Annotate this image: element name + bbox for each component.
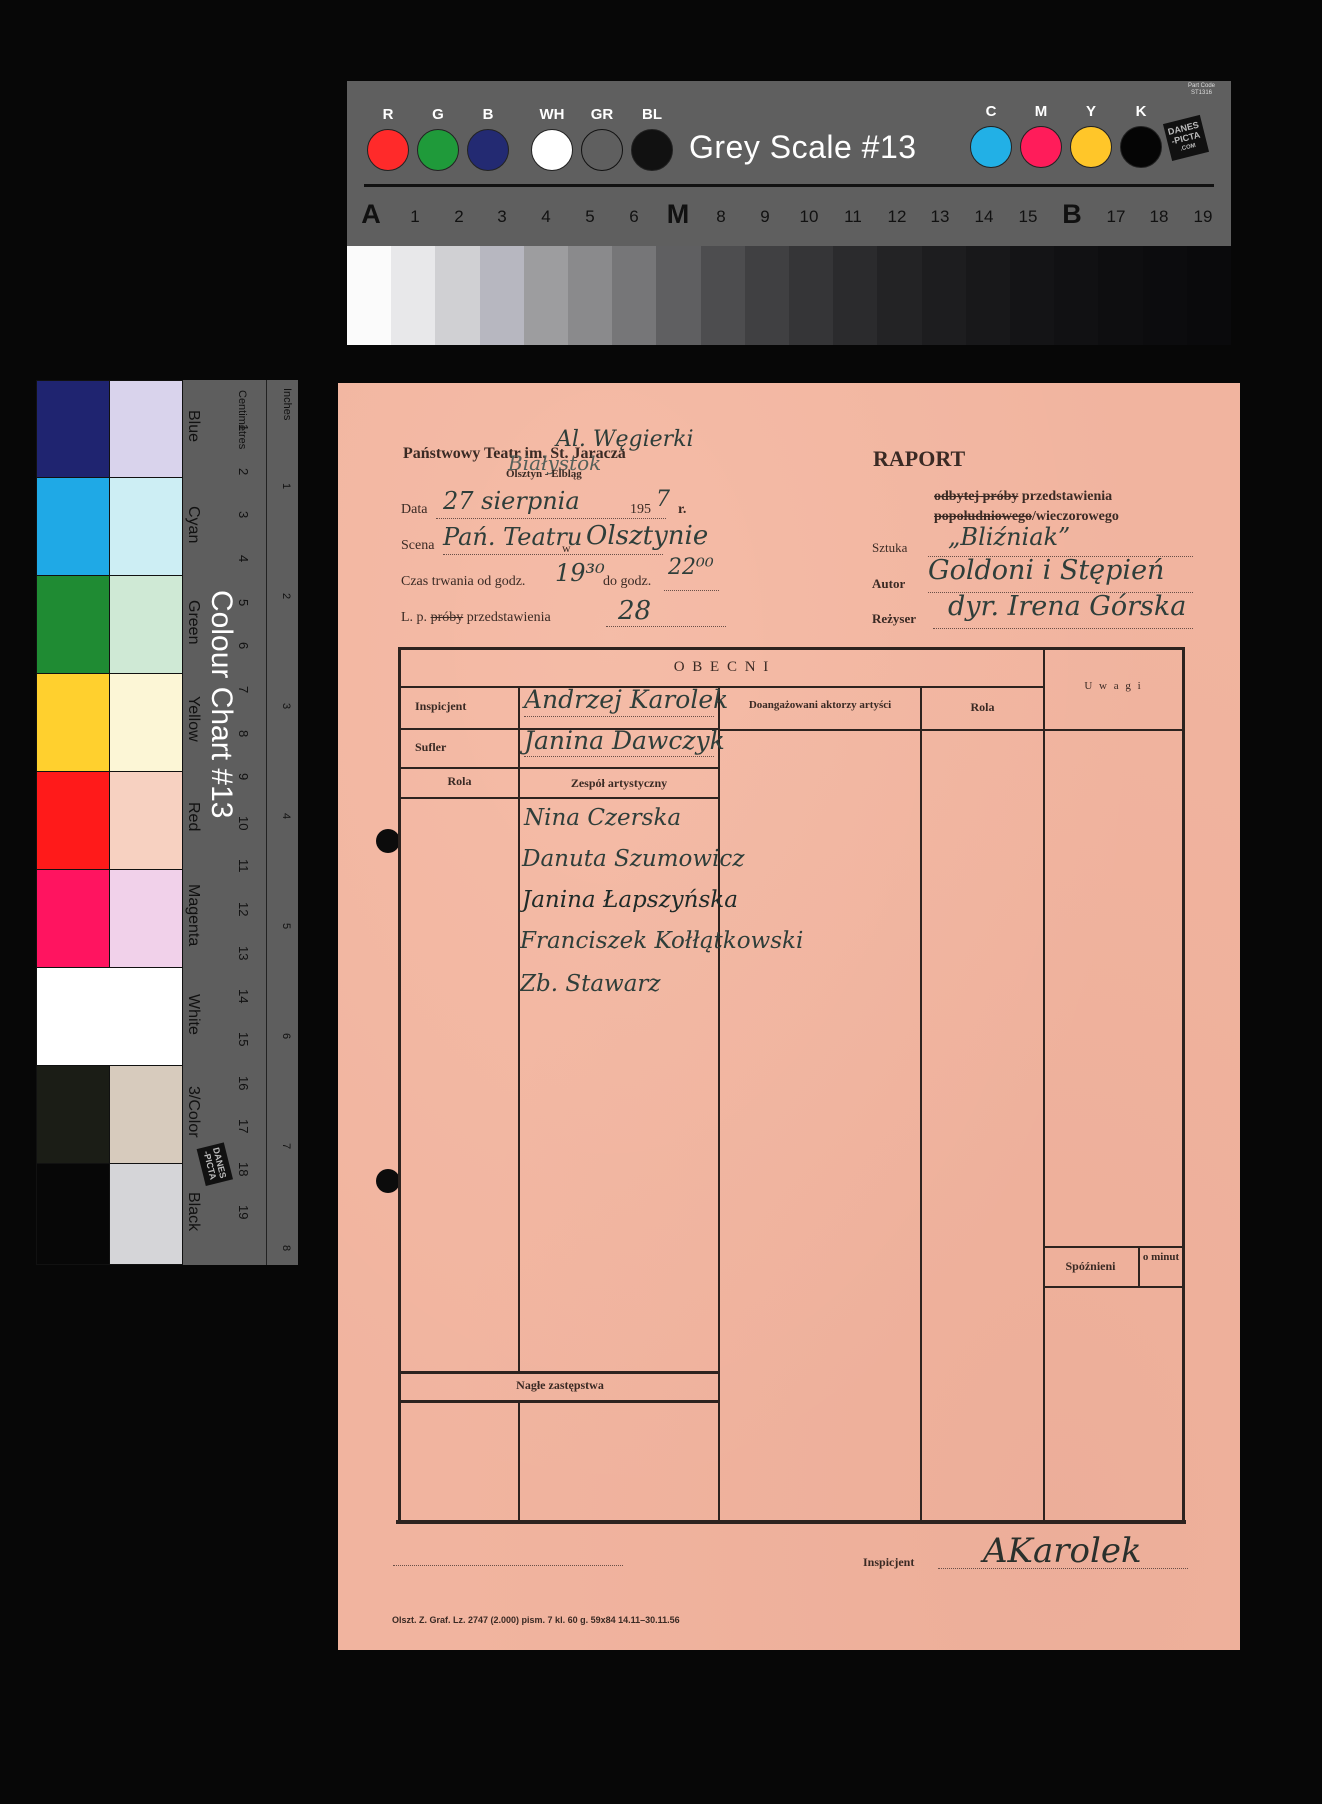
patch-label: 11 bbox=[833, 207, 873, 227]
struck-afternoon: popołudniowego bbox=[934, 509, 1032, 524]
inch-tick: 6 bbox=[280, 1033, 292, 1039]
present-header: O B E C N I bbox=[401, 659, 1043, 676]
swatch-name: Yellow bbox=[184, 696, 202, 742]
black-dot bbox=[631, 129, 673, 171]
light-cyan-swatch bbox=[109, 477, 183, 576]
left-signature-dotted bbox=[393, 1565, 623, 1566]
inches-label: Inches bbox=[281, 388, 293, 420]
yellow-swatch bbox=[36, 673, 110, 772]
dot-label-y: Y bbox=[1069, 103, 1113, 120]
patch-label: 4 bbox=[526, 207, 566, 227]
performance-word: przedstawienia bbox=[1022, 489, 1112, 504]
late-bottom-line bbox=[1043, 1286, 1183, 1288]
patch-label: 15 bbox=[1008, 207, 1048, 227]
stage-manager-value: Andrzej Karolek bbox=[524, 685, 728, 714]
swatch-name: Green bbox=[184, 600, 202, 644]
blue-dot bbox=[467, 129, 509, 171]
part-code: Part Code ST1316 bbox=[1188, 83, 1215, 97]
date-value: 27 sierpnia bbox=[443, 487, 580, 515]
report-form: Państwowy Teatr im. St. Jaracza Al. Węgi… bbox=[338, 383, 1240, 1650]
swatch-name: Blue bbox=[184, 410, 202, 442]
inch-tick: 3 bbox=[280, 703, 292, 709]
late-top-line bbox=[1043, 1246, 1183, 1248]
duration-from: 19³⁰ bbox=[555, 559, 605, 587]
green-swatch bbox=[36, 575, 110, 674]
colour-chart-card: Blue Cyan Green Yellow Red Magenta White… bbox=[36, 380, 298, 1265]
light-black-swatch bbox=[109, 1163, 183, 1265]
patch-label: 9 bbox=[745, 207, 785, 227]
patch-label: 8 bbox=[701, 207, 741, 227]
replacements-header-line bbox=[401, 1400, 719, 1403]
patch-label: 1 bbox=[395, 207, 435, 227]
patch-label: 6 bbox=[614, 207, 654, 227]
black-swatch bbox=[36, 1163, 110, 1265]
patch-label: 17 bbox=[1096, 207, 1136, 227]
director-value: dyr. Irena Górska bbox=[948, 591, 1186, 622]
red-dot bbox=[367, 129, 409, 171]
printer-imprint: Olszt. Z. Graf. Lz. 2747 (2.000) pism. 7… bbox=[392, 1615, 680, 1625]
divider-rule bbox=[364, 184, 1214, 187]
year-value: 7 bbox=[656, 487, 670, 512]
punch-hole-bottom bbox=[376, 1169, 400, 1193]
light-three-color-swatch bbox=[109, 1065, 183, 1164]
ensemble-member: Danuta Szumowicz bbox=[522, 846, 744, 872]
year-prefix: 195 bbox=[630, 502, 651, 518]
ensemble-label: Zespół artystyczny bbox=[520, 776, 718, 791]
dot-label-wh: WH bbox=[530, 106, 574, 123]
cm-tick: 7 bbox=[236, 686, 251, 693]
swatch-name: 3/Color bbox=[184, 1086, 202, 1138]
patch-label: 13 bbox=[920, 207, 960, 227]
replacements-top-line bbox=[401, 1371, 719, 1374]
dot-label-gr: GR bbox=[580, 106, 624, 123]
signature-value: AKarolek bbox=[983, 1531, 1142, 1571]
prompter-value: Janina Dawczyk bbox=[524, 726, 725, 755]
number-label-struck: próby bbox=[431, 610, 464, 625]
replacements-column-divider bbox=[518, 1401, 520, 1521]
blue-swatch bbox=[36, 380, 110, 478]
number-value: 28 bbox=[618, 596, 651, 626]
swatch-name: White bbox=[184, 994, 202, 1035]
patch-label: B bbox=[1052, 199, 1092, 230]
number-label-suffix: przedstawienia bbox=[467, 610, 551, 625]
cm-tick: 4 bbox=[236, 555, 251, 562]
ensemble-member: Nina Czerska bbox=[524, 805, 681, 831]
year-suffix: r. bbox=[678, 502, 686, 518]
dot-label-b: B bbox=[466, 106, 510, 123]
dot-label-k: K bbox=[1119, 103, 1163, 120]
prompter-label: Sufler bbox=[401, 740, 532, 755]
cyan-swatch bbox=[36, 477, 110, 576]
grey-scale-card: Part Code ST1316 R G B WH GR BL C M Y K … bbox=[347, 81, 1231, 345]
signature-label: Inspicjent bbox=[863, 1555, 914, 1570]
green-dot bbox=[417, 129, 459, 171]
white-dot bbox=[531, 129, 573, 171]
punch-hole-top bbox=[376, 829, 400, 853]
grey-scale-title: Grey Scale #13 bbox=[689, 129, 917, 166]
director-dotted-line bbox=[933, 628, 1193, 629]
duration-dotted-line bbox=[664, 590, 719, 591]
colour-chart-title: Colour Chart #13 bbox=[204, 590, 238, 818]
swatch-name: Red bbox=[184, 802, 202, 831]
light-magenta-swatch bbox=[109, 869, 183, 968]
cm-tick: 8 bbox=[236, 730, 251, 737]
three-color-swatch bbox=[36, 1065, 110, 1164]
magenta-swatch bbox=[36, 869, 110, 968]
number-label: L. p. próby przedstawienia bbox=[401, 610, 551, 626]
date-dotted-line bbox=[436, 518, 666, 519]
cyan-dot bbox=[970, 126, 1012, 168]
white-swatch bbox=[36, 967, 183, 1066]
dot-label-bl: BL bbox=[630, 106, 674, 123]
patch-label: 18 bbox=[1139, 207, 1179, 227]
cm-tick: 19 bbox=[236, 1205, 251, 1219]
ensemble-member: Zb. Stawarz bbox=[520, 971, 661, 997]
scene-city: Olsztynie bbox=[586, 521, 708, 551]
table-border-bottom bbox=[396, 1520, 1186, 1524]
inch-tick: 1 bbox=[280, 483, 292, 489]
late-minutes-label: o minut bbox=[1140, 1251, 1182, 1263]
cm-tick: 1 bbox=[236, 424, 251, 431]
inch-tick: 2 bbox=[280, 593, 292, 599]
patch-label: 19 bbox=[1183, 207, 1223, 227]
scene-dotted-line bbox=[443, 554, 663, 555]
danes-picta-logo: DANES-PICTA.COM bbox=[1163, 115, 1209, 161]
cm-tick: 14 bbox=[236, 989, 251, 1003]
patch-label: 3 bbox=[482, 207, 522, 227]
city-subtitle: Olsztyn - Elbląg bbox=[506, 468, 582, 480]
ensemble-member: Janina Łapszyńska bbox=[522, 887, 738, 913]
duration-to-label: do godz. bbox=[603, 574, 651, 590]
duration-to: 22⁰⁰ bbox=[668, 555, 714, 580]
magenta-dot bbox=[1020, 126, 1062, 168]
cm-tick: 2 bbox=[236, 468, 251, 475]
key-black-dot bbox=[1120, 126, 1162, 168]
prompter-dotted bbox=[524, 756, 714, 757]
light-yellow-swatch bbox=[109, 673, 183, 772]
patch-label: M bbox=[658, 199, 698, 230]
table-border-right bbox=[1182, 647, 1185, 1523]
cm-tick: 10 bbox=[236, 816, 251, 830]
play-value: „Bliźniak” bbox=[948, 523, 1070, 551]
dot-label-m: M bbox=[1019, 103, 1063, 120]
patch-label: 10 bbox=[789, 207, 829, 227]
danes-picta-logo: DANES-PICTA bbox=[197, 1142, 233, 1185]
red-swatch bbox=[36, 771, 110, 870]
patch-label: 5 bbox=[570, 207, 610, 227]
number-label-prefix: L. p. bbox=[401, 610, 427, 625]
inch-tick: 8 bbox=[280, 1245, 292, 1251]
cm-tick: 16 bbox=[236, 1076, 251, 1090]
cm-tick: 3 bbox=[236, 511, 251, 518]
cm-tick: 6 bbox=[236, 642, 251, 649]
table-border-top bbox=[400, 647, 1185, 650]
inch-tick: 4 bbox=[280, 813, 292, 819]
cm-tick: 12 bbox=[236, 902, 251, 916]
remarks-column-divider bbox=[1043, 647, 1045, 1522]
author-label: Autor bbox=[872, 576, 905, 592]
role-header-line bbox=[401, 797, 719, 799]
swatch-name: Black bbox=[184, 1192, 202, 1231]
patch-label: 12 bbox=[877, 207, 917, 227]
stage-manager-dotted bbox=[524, 716, 714, 717]
swatch-name: Cyan bbox=[184, 506, 202, 543]
cm-tick: 11 bbox=[236, 859, 251, 873]
cm-tick: 9 bbox=[236, 773, 251, 780]
light-green-swatch bbox=[109, 575, 183, 674]
report-title: RAPORT bbox=[873, 446, 965, 472]
patch-label: A bbox=[351, 199, 391, 230]
swatch-name: Magenta bbox=[184, 884, 202, 946]
institution-handwritten-correction: Al. Węgierki bbox=[556, 427, 694, 452]
cm-tick: 17 bbox=[236, 1119, 251, 1133]
dot-label-g: G bbox=[416, 106, 460, 123]
director-label: Reżyser bbox=[872, 611, 916, 627]
grey-dot bbox=[581, 129, 623, 171]
scene-label: Scena bbox=[401, 538, 434, 554]
evening-word: /wieczorowego bbox=[1032, 509, 1119, 524]
remarks-header-line bbox=[1043, 729, 1183, 731]
additional-actors-label: Doangażowani aktorzy artyści bbox=[720, 699, 920, 711]
grey-scale-strip bbox=[347, 246, 1231, 345]
dot-label-r: R bbox=[366, 106, 410, 123]
cm-tick: 15 bbox=[236, 1032, 251, 1046]
additional-header-line bbox=[720, 729, 1043, 731]
centimetres-label: Centimetres bbox=[236, 390, 248, 449]
report-subtitle-line1: odbytej próby przedstawienia bbox=[934, 489, 1112, 505]
struck-rehearsal: odbytej próby bbox=[934, 489, 1018, 504]
light-blue-swatch bbox=[109, 380, 183, 478]
author-value: Goldoni i Stępień bbox=[928, 555, 1164, 586]
stage-manager-label: Inspicjent bbox=[401, 699, 532, 714]
role-label: Rola bbox=[401, 774, 518, 789]
sudden-replacements-label: Nagłe zastępstwa bbox=[401, 1378, 719, 1393]
number-dotted-line bbox=[606, 626, 726, 627]
cm-tick: 18 bbox=[236, 1162, 251, 1176]
remarks-header: U w a g i bbox=[1045, 680, 1182, 692]
patch-label: 2 bbox=[439, 207, 479, 227]
ruler bbox=[266, 380, 299, 1265]
ensemble-column-divider bbox=[718, 686, 720, 1522]
light-red-swatch bbox=[109, 771, 183, 870]
yellow-dot bbox=[1070, 126, 1112, 168]
cm-tick: 13 bbox=[236, 946, 251, 960]
inch-tick: 5 bbox=[280, 923, 292, 929]
patch-label: 14 bbox=[964, 207, 1004, 227]
additional-role-label: Rola bbox=[922, 700, 1043, 715]
late-label: Spóźnieni bbox=[1043, 1259, 1138, 1274]
play-label: Sztuka bbox=[872, 540, 907, 556]
ensemble-member: Franciszek Kołłątkowski bbox=[520, 928, 803, 954]
additional-role-column-divider bbox=[920, 686, 922, 1522]
date-label: Data bbox=[401, 502, 427, 518]
duration-label: Czas trwania od godz. bbox=[401, 574, 525, 590]
dot-label-c: C bbox=[969, 103, 1013, 120]
inch-tick: 7 bbox=[280, 1143, 292, 1149]
cm-tick: 5 bbox=[236, 599, 251, 606]
prompter-row-line bbox=[401, 767, 719, 769]
